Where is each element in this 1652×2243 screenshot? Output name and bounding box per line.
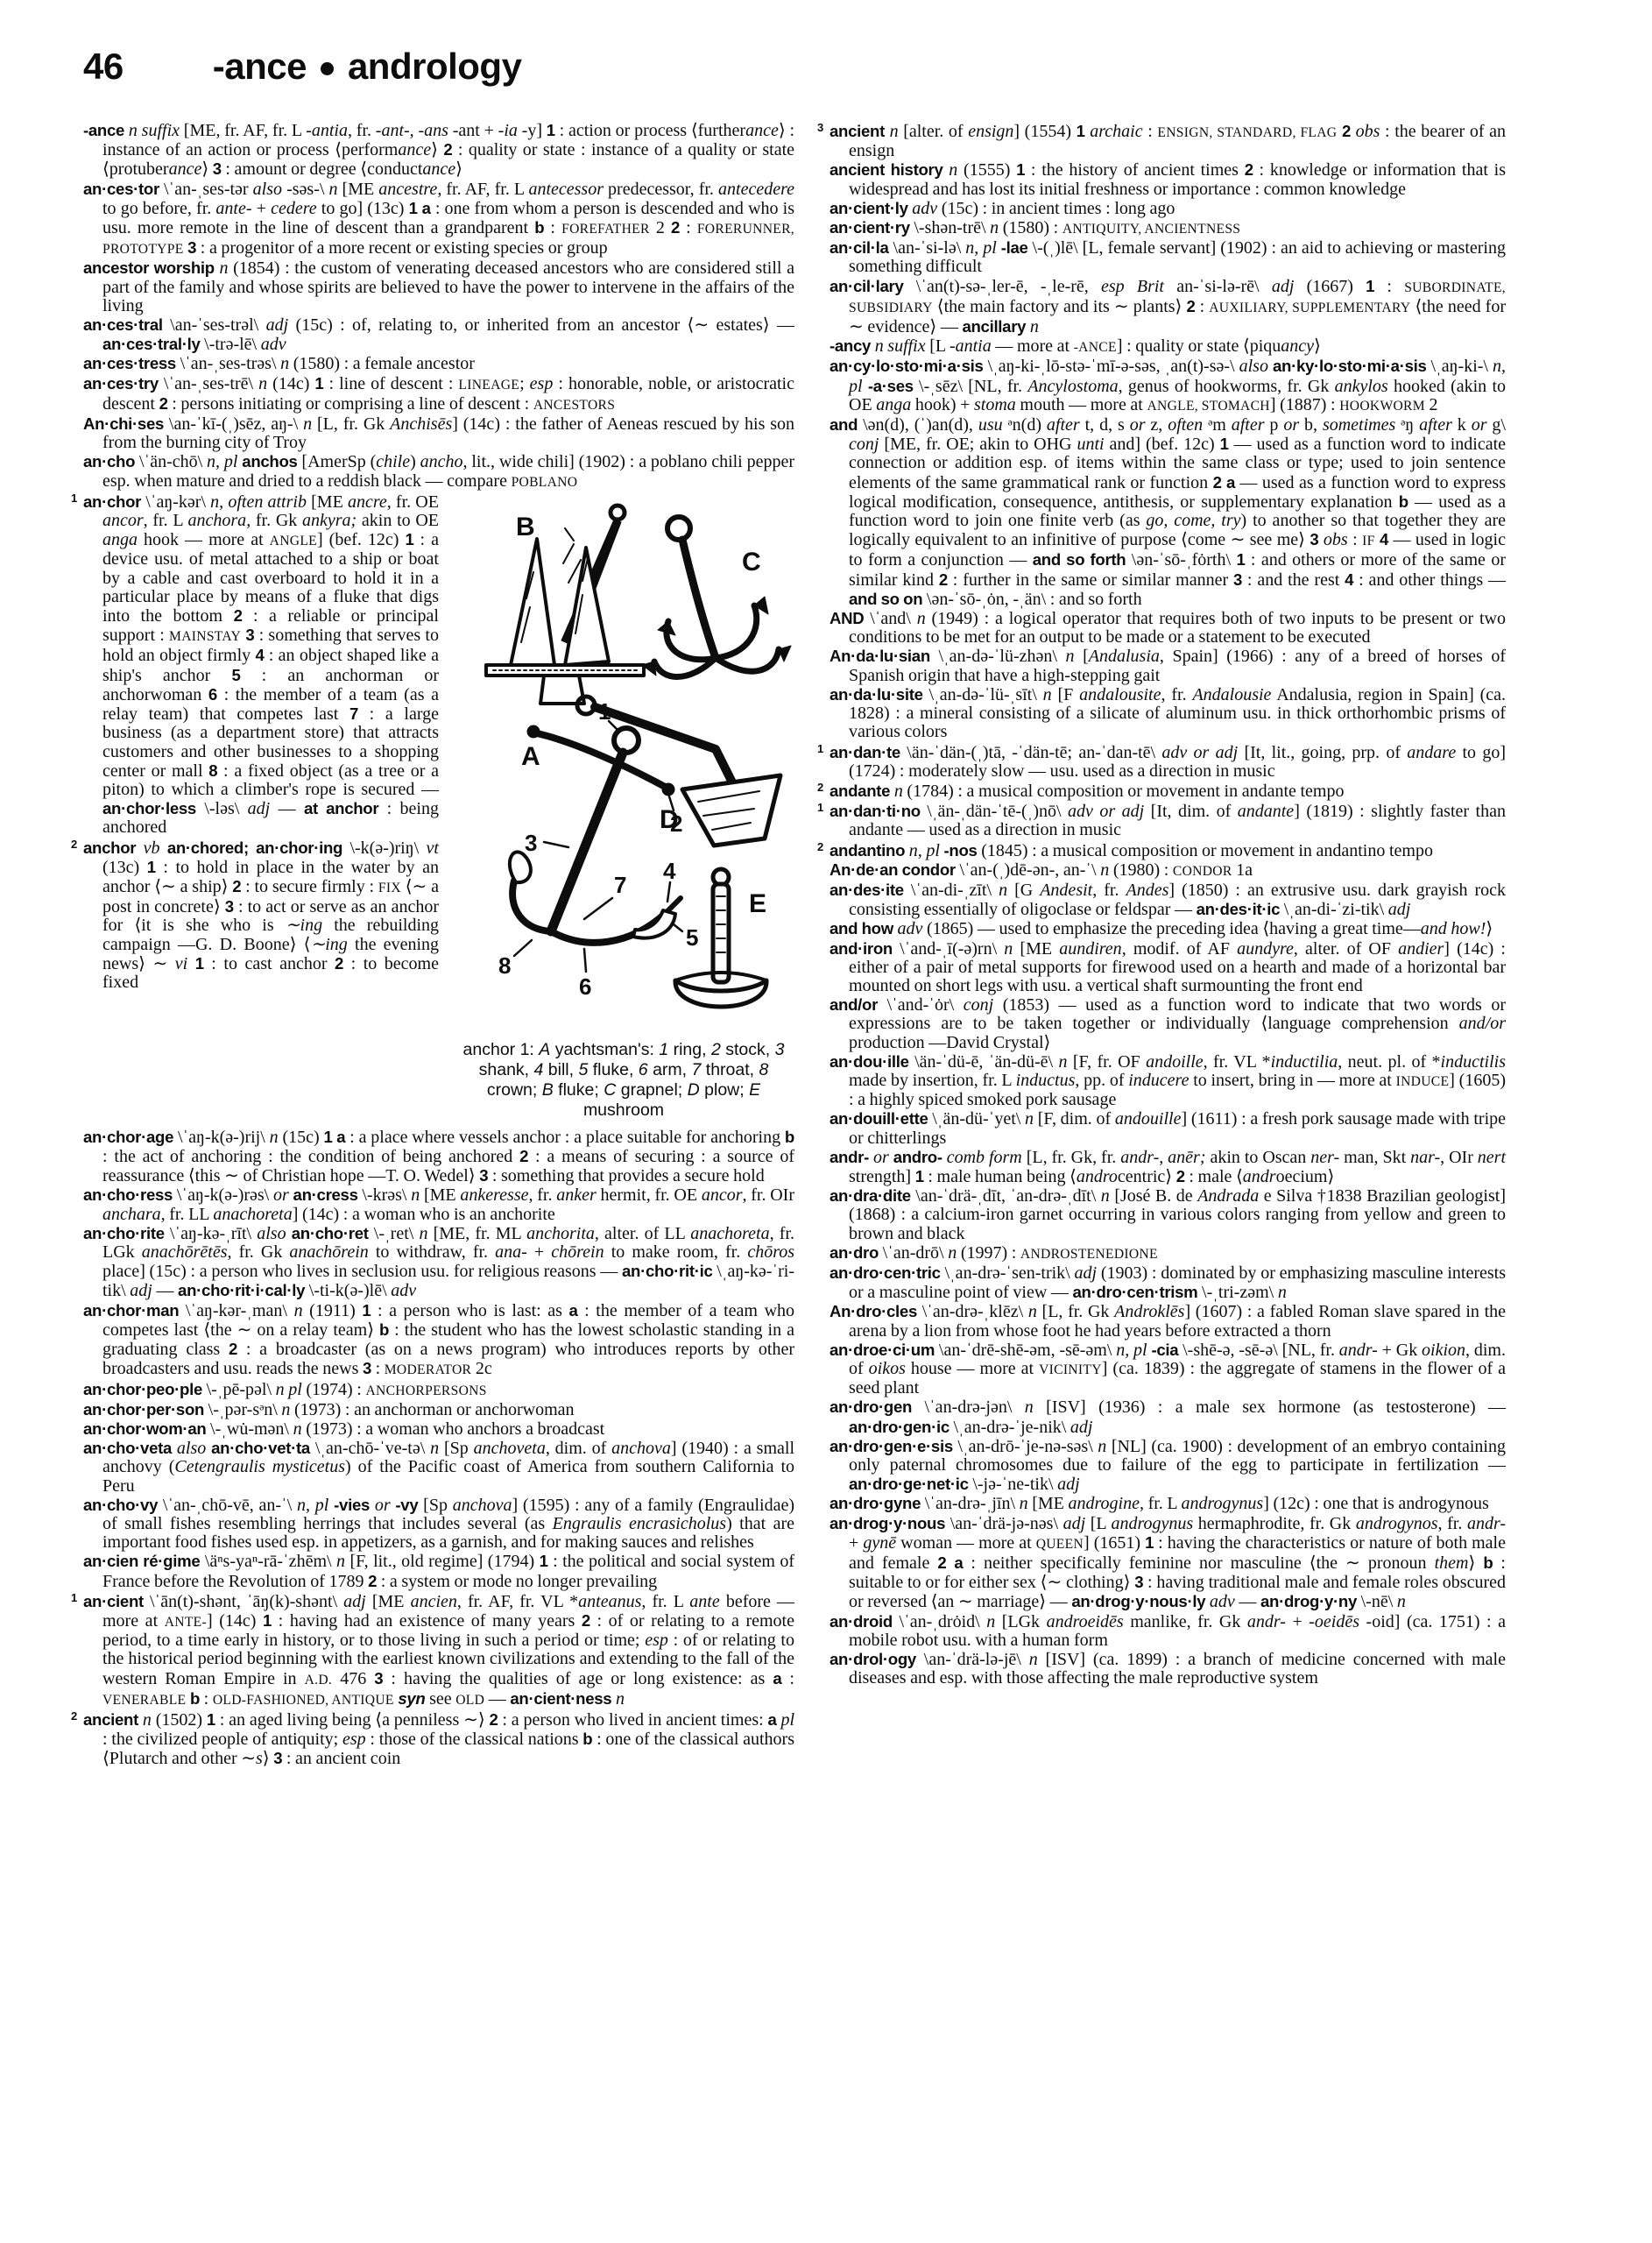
num-6: 6 bbox=[579, 973, 591, 1000]
dictionary-entry: 2andantino n, pl -nos (1845) : a musical… bbox=[830, 840, 1506, 860]
dictionary-entry: An·chi·ses \an-ˈkī-(ˌ)sēz, aŋ-\ n [L, fr… bbox=[83, 414, 794, 452]
anchor-c-drawing bbox=[642, 517, 791, 677]
dictionary-entry: -ance n suffix [ME, fr. AF, fr. L -antia… bbox=[83, 121, 794, 180]
dictionary-entry: 1an·dan·ti·no \ˌän-ˌdän-ˈtē-(ˌ)nō\ adv o… bbox=[830, 801, 1506, 839]
dictionary-entry: an·cil·lary \ˈan(t)-sə-ˌler-ē, -ˌle-rē, … bbox=[830, 277, 1506, 337]
anchor-b-drawing bbox=[486, 506, 644, 704]
dictionary-entry: an·dro·gen·e·sis \ˌan-drō-ˈje-nə-səs\ n … bbox=[830, 1437, 1506, 1495]
label-e: E bbox=[749, 889, 766, 918]
dictionary-entry: andr- or andro- comb form [L, fr. Gk, fr… bbox=[830, 1148, 1506, 1186]
num-5: 5 bbox=[686, 924, 698, 951]
dictionary-entry: ancestor worship n (1854) : the custom o… bbox=[83, 258, 794, 315]
dictionary-entry: 1an·cient \ˈān(t)-shənt, ˈāŋ(k)-shənt\ a… bbox=[83, 1591, 794, 1709]
dictionary-entry: 3ancient n [alter. of ensign] (1554) 1 a… bbox=[830, 121, 1506, 160]
bullet-separator-icon bbox=[321, 62, 334, 75]
dictionary-entry: 2ancient n (1502) 1 : an aged living bei… bbox=[83, 1709, 794, 1769]
dictionary-entry: an·chor·peo·ple \-ˌpē-pəl\ n pl (1974) :… bbox=[83, 1380, 794, 1400]
page-header: 46 -ance andrology bbox=[83, 46, 521, 88]
dictionary-entry: an·cient·ly adv (15c) : in ancient times… bbox=[830, 199, 1506, 218]
dictionary-entry: an·drog·y·nous \an-ˈdrä-jə-nəs\ adj [L a… bbox=[830, 1514, 1506, 1612]
dictionary-entry: an·des·ite \ˈan-di-ˌzīt\ n [G Andesit, f… bbox=[830, 881, 1506, 919]
dictionary-entry: an·ces·try \ˈan-ˌses-trē\ n (14c) 1 : li… bbox=[83, 374, 794, 414]
num-1: 1 bbox=[598, 698, 611, 725]
dictionary-entry: an·dro \ˈan-drō\ n (1997) : ANDROSTENEDI… bbox=[830, 1243, 1506, 1263]
entries-bottom: an·chor·age \ˈaŋ-k(ə-)rij\ n (15c) 1 a :… bbox=[83, 1126, 794, 1769]
dictionary-entry: an·ces·tor \ˈan-ˌses-tər also -səs-\ n [… bbox=[83, 180, 794, 259]
dictionary-entry: An·de·an condor \ˈan-(ˌ)dē-ən-, an-ˈ\ n … bbox=[830, 860, 1506, 881]
num-2: 2 bbox=[670, 810, 682, 837]
dictionary-entry: an·chor·age \ˈaŋ-k(ə-)rij\ n (15c) 1 a :… bbox=[83, 1128, 794, 1186]
guide-word-left: -ance bbox=[213, 46, 307, 88]
dictionary-entry: An·dro·cles \ˈan-drə-ˌklēz\ n [L, fr. Gk… bbox=[830, 1302, 1506, 1340]
dictionary-entry: An·da·lu·sian \ˌan-də-ˈlü-zhən\ n [Andal… bbox=[830, 647, 1506, 684]
dictionary-entry: AND \ˈand\ n (1949) : a logical operator… bbox=[830, 609, 1506, 647]
guide-word-right: andrology bbox=[348, 46, 522, 88]
dictionary-entry: an·cho·veta also an·cho·vet·ta \ˌan-chō-… bbox=[83, 1439, 794, 1496]
dictionary-entry: an·cil·la \an-ˈsi-lə\ n, pl -lae \-(ˌ)lē… bbox=[830, 238, 1506, 276]
dictionary-page: 46 -ance andrology -ance n suffix [ME, f… bbox=[0, 0, 1652, 2243]
label-b: B bbox=[516, 513, 535, 541]
dictionary-entry: an·chor·man \ˈaŋ-kər-ˌman\ n (1911) 1 : … bbox=[83, 1301, 794, 1380]
label-c: C bbox=[742, 548, 761, 577]
dictionary-entry: -ancy n suffix [L -antia — more at -ANCE… bbox=[830, 336, 1506, 357]
dictionary-entry: an·drol·ogy \an-ˈdrä-lə-jē\ n [ISV] (ca.… bbox=[830, 1650, 1506, 1688]
dictionary-entry: an·ces·tress \ˈan-ˌses-trəs\ n (1580) : … bbox=[83, 354, 794, 373]
dictionary-entry: and/or \ˈand-ˈȯr\ conj (1853) — used as … bbox=[830, 995, 1506, 1052]
num-4: 4 bbox=[663, 858, 676, 884]
dictionary-entry: an·cho·ress \ˈaŋ-k(ə-)rəs\ or an·cress \… bbox=[83, 1185, 794, 1223]
figure-caption: anchor 1: A yachtsman's: 1 ring, 2 stock… bbox=[453, 1040, 794, 1121]
dictionary-entry: an·dro·gen \ˈan-drə-jən\ n [ISV] (1936) … bbox=[830, 1397, 1506, 1436]
dictionary-entry: and·iron \ˈand-ˌī(-ə)rn\ n [ME aundiren,… bbox=[830, 939, 1506, 996]
dictionary-entry: an·dro·gyne \ˈan-drə-ˌjīn\ n [ME androgi… bbox=[830, 1494, 1506, 1513]
num-3: 3 bbox=[525, 830, 537, 856]
dictionary-entry: an·dou·ille \än-ˈdü-ē, ˈän-dü-ē\ n [F, f… bbox=[830, 1052, 1506, 1110]
dictionary-entry: an·cho·rite \ˈaŋ-kə-ˌrīt\ also an·cho·re… bbox=[83, 1224, 794, 1301]
dictionary-entry: an·chor·per·son \-ˌpər-sᵊn\ n (1973) : a… bbox=[83, 1400, 794, 1419]
anchor-illustration: A B C D E 1 2 3 4 5 6 7 8 bbox=[453, 493, 794, 1035]
dictionary-entry: an·cien ré·gime \äⁿs-yaⁿ-rā-ˈzhēm\ n [F,… bbox=[83, 1552, 794, 1590]
dictionary-entry: an·cho·vy \ˈan-ˌchō-vē, an-ˈ\ n, pl -vie… bbox=[83, 1496, 794, 1553]
dictionary-entry: ancient history n (1555) 1 : the history… bbox=[830, 160, 1506, 198]
dictionary-entry: an·dro·cen·tric \ˌan-drə-ˈsen-trik\ adj … bbox=[830, 1263, 1506, 1302]
dictionary-entry: an·cy·lo·sto·mi·a·sis \ˌaŋ-ki-ˌlō-stə-ˈm… bbox=[830, 357, 1506, 415]
dictionary-entry: an·cho \ˈän-chō\ n, pl anchos [AmerSp (c… bbox=[83, 452, 794, 491]
dictionary-entry: 1an·dan·te \än-ˈdän-(ˌ)tā, -ˈdän-tē; an-… bbox=[830, 742, 1506, 781]
num-8: 8 bbox=[498, 952, 511, 979]
dictionary-entry: and \ən(d), (ˈ)an(d), usu ᵊn(d) after t,… bbox=[830, 415, 1506, 609]
dictionary-entry: an·cient·ry \-shən-trē\ n (1580) : ANTIQ… bbox=[830, 218, 1506, 238]
dictionary-entry: an·droid \ˈan-ˌdrȯid\ n [LGk androeidēs … bbox=[830, 1612, 1506, 1650]
left-column: -ance n suffix [ME, fr. AF, fr. L -antia… bbox=[83, 121, 794, 1769]
text-columns: -ance n suffix [ME, fr. AF, fr. L -antia… bbox=[83, 121, 1506, 1769]
entries-top: -ance n suffix [ME, fr. AF, fr. L -antia… bbox=[83, 121, 794, 492]
num-7: 7 bbox=[614, 872, 626, 898]
dictionary-entry: an·ces·tral \an-ˈses-trəl\ adj (15c) : o… bbox=[83, 315, 794, 354]
guide-words: -ance andrology bbox=[213, 46, 522, 88]
dictionary-entry: an·douill·ette \ˌän-dü-ˈyet\ n [F, dim. … bbox=[830, 1109, 1506, 1147]
dictionary-entry: 2andante n (1784) : a musical compositio… bbox=[830, 781, 1506, 801]
entries-right: 3ancient n [alter. of ensign] (1554) 1 a… bbox=[830, 121, 1506, 1688]
anchor-figure: A B C D E 1 2 3 4 5 6 7 8 anchor 1: A ya… bbox=[453, 493, 794, 1121]
dictionary-entry: an·droe·ci·um \an-ˈdrē-shē-əm, -sē-əm\ n… bbox=[830, 1341, 1506, 1398]
dictionary-entry: an·chor·wom·an \-ˌwu̇-mən\ n (1973) : a … bbox=[83, 1419, 794, 1439]
label-a: A bbox=[521, 742, 540, 771]
dictionary-entry: an·dra·dite \an-ˈdrä-ˌdīt, ˈan-drə-ˌdīt\… bbox=[830, 1186, 1506, 1243]
dictionary-entry: an·da·lu·site \ˌan-də-ˈlü-ˌsīt\ n [F and… bbox=[830, 685, 1506, 742]
right-column: 3ancient n [alter. of ensign] (1554) 1 a… bbox=[830, 121, 1506, 1769]
dictionary-entry: and how adv (1865) — used to emphasize t… bbox=[830, 919, 1506, 938]
page-number: 46 bbox=[83, 46, 124, 88]
